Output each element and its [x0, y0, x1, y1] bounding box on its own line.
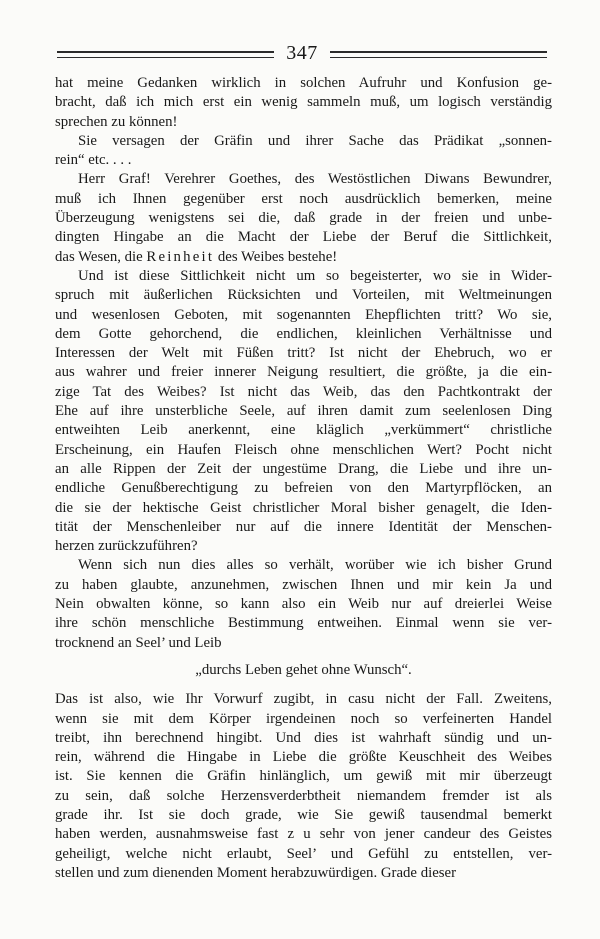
page-header: 347 — [57, 44, 547, 64]
text-line: Wenn sich nun dies alles so verhält, wor… — [55, 556, 552, 575]
book-page: 347 hat meine Gedanken wirklich in solch… — [0, 0, 600, 939]
text-line: stellen und zum dienenden Moment herabzu… — [55, 864, 552, 883]
text-line: muß ich Ihnen gegenüber erst noch ausdrü… — [55, 190, 552, 209]
text-line: spruch mit äußerlichen Rücksichten und V… — [55, 286, 552, 305]
text-line: zu sein, daß solche Herzensverderbtheit … — [55, 787, 552, 806]
text-line: aus wahrer und freier innerer Neigung re… — [55, 363, 552, 382]
emphasized-word: Reinheit — [146, 249, 214, 265]
text-line: trocknend an Seel’ und Leib — [55, 634, 552, 653]
text-line: Und ist diese Sittlichkeit nicht um so b… — [55, 267, 552, 286]
header-rule-left — [57, 51, 274, 58]
text-line: hat meine Gedanken wirklich in solchen A… — [55, 74, 552, 93]
text-line: herzen zurückzuführen? — [55, 537, 552, 556]
text-line: haben werden, ausnahmsweise fast z u seh… — [55, 825, 552, 844]
text-line: sprechen zu können! — [55, 113, 552, 132]
text-line: Interessen der Welt mit Füßen tritt? Ist… — [55, 344, 552, 363]
text-line: das Wesen, die Reinheit des Weibes beste… — [55, 248, 552, 267]
text-line: ihre schön menschliche Bestimmung entwei… — [55, 614, 552, 633]
text-line: zu haben glaubte, anzunehmen, zwischen I… — [55, 576, 552, 595]
text-line: Überzeugung wenigstens sei die, daß grad… — [55, 209, 552, 228]
text-line: endliche Genußberechtigung zu befreien v… — [55, 479, 552, 498]
text-line: entweihten Leib anerkennt, eine kläglich… — [55, 421, 552, 440]
text-line: rein“ etc. . . . — [55, 151, 552, 170]
text-block: hat meine Gedanken wirklich in solchen A… — [55, 74, 552, 883]
text-line: rein, während die Hingabe in Liebe die g… — [55, 748, 552, 767]
text-line: dem Gotte gehorchend, die endlichen, kle… — [55, 325, 552, 344]
text-line: die sie der hektische Geist christlicher… — [55, 499, 552, 518]
text-line: geheiligt, welche nicht erlaubt, Seel’ u… — [55, 845, 552, 864]
text-line: grade ihr. Ist sie doch grade, wie Sie g… — [55, 806, 552, 825]
page-number: 347 — [274, 43, 330, 63]
text-line: Das ist also, wie Ihr Vorwurf zugibt, in… — [55, 690, 552, 709]
text-segment: das Wesen, die — [55, 249, 146, 265]
text-line: und wesenlosen Geboten, mit sogenannten … — [55, 306, 552, 325]
text-line: Nein obwalten könne, so kann also ein We… — [55, 595, 552, 614]
text-line: Herr Graf! Verehrer Goethes, des Westöst… — [55, 170, 552, 189]
text-line: ist. Sie kennen die Gräfin hinlänglich, … — [55, 767, 552, 786]
text-line: Ehe auf ihre unsterbliche Seele, auf ihr… — [55, 402, 552, 421]
text-line: zige Tat des Weibes? Ist nicht das Weib,… — [55, 383, 552, 402]
text-line: treibt, ihn berechnend hingibt. Und dies… — [55, 729, 552, 748]
text-line: an alle Rippen der Zeit der ungestüme Dr… — [55, 460, 552, 479]
text-line: bracht, daß ich mich erst ein wenig samm… — [55, 93, 552, 112]
text-line: tität der Menschenleiber nur auf die inn… — [55, 518, 552, 537]
text-line: wenn sie mit dem Körper irgendeinen noch… — [55, 710, 552, 729]
verse-quote: „durchs Leben gehet ohne Wunsch“. — [55, 661, 552, 680]
text-segment: des Weibes bestehe! — [214, 249, 337, 265]
text-line: Erscheinung, ein Haufen Fleisch ohne men… — [55, 441, 552, 460]
text-line: dingten Hingabe an die Macht der Liebe d… — [55, 228, 552, 247]
text-line: Sie versagen der Gräfin und ihrer Sache … — [55, 132, 552, 151]
header-rule-right — [330, 51, 547, 58]
